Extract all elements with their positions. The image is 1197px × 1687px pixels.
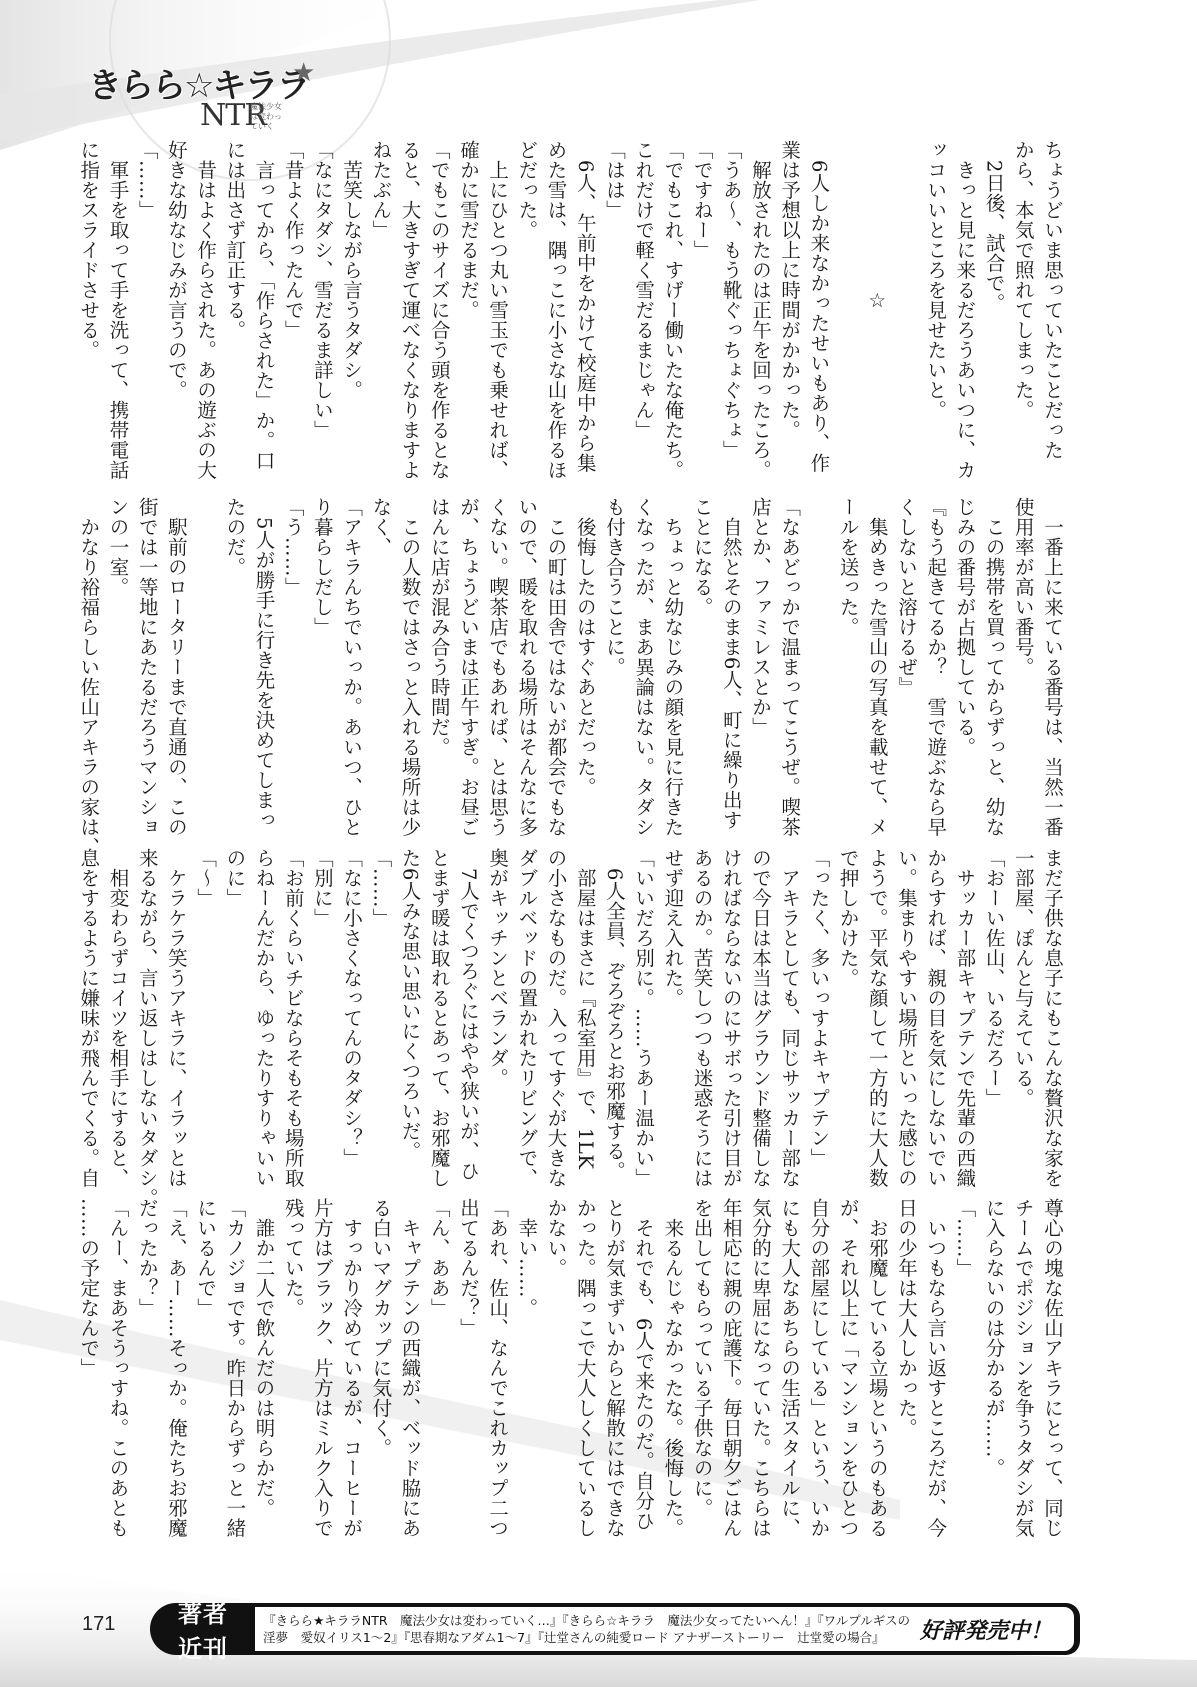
text-column: 好きな幼なじみが言うので。: [162, 140, 191, 462]
text-column: 「んー、まあそうっすね。このあとも: [103, 1198, 132, 1520]
text-column: からすれば、親の目を気にしないでい: [921, 848, 950, 1170]
blank-column: ​: [892, 140, 921, 462]
text-column: 2日後、試合で。: [979, 140, 1008, 462]
text-column: り暮らしだし」: [308, 497, 337, 819]
text-column: 「なあどっかで温まってこうぜ。喫茶: [775, 497, 804, 819]
text-column: いつもなら言い返すところだが、今: [921, 1198, 950, 1520]
text-column: かない。: [541, 1198, 570, 1520]
text-column: 一番上に来ている番号は、当然一番: [1038, 497, 1067, 819]
star-icon: ★: [292, 58, 315, 88]
text-column: 「ですねー」: [687, 140, 716, 462]
text-column: たのだ。: [220, 497, 249, 819]
text-column: くしないと溶けるぜ』: [892, 497, 921, 819]
text-tier-1: ちょうどいま思っていたことだった から、本気で照れてしまった。 2日後、試合で。…: [74, 140, 1067, 462]
text-column: だったか？」: [133, 1198, 162, 1520]
text-column: の小さなものだ。入ってすぐが大きな: [541, 848, 570, 1170]
text-column: 業は予想以上に時間がかかった。: [775, 140, 804, 462]
text-column: とりが気まずいからと解散にはできな: [600, 1198, 629, 1520]
text-column: た6人みな思い思いにくつろいだ。: [395, 848, 424, 1170]
text-column: 「なに小さくなってんのタダシ？」: [337, 848, 366, 1170]
text-column: 上にひとつ丸い雪玉でも乗せれば、: [483, 140, 512, 462]
text-column: アキラとしても、同じサッカー部な: [775, 848, 804, 1170]
text-column: あるのか。苦笑しつつも迷惑そうには: [687, 848, 716, 1170]
text-column: 残っていた。: [279, 1198, 308, 1520]
text-column: 『もう起きてるか？ 雪で遊ぶなら早: [921, 497, 950, 819]
text-column: かった。隅っこで大人しくしているし: [571, 1198, 600, 1520]
text-column: それでも、6人で来たのだ。自分ひ: [629, 1198, 658, 1520]
text-column: 尊心の塊な佐山アキラにとって、同じ: [1038, 1198, 1067, 1520]
author-recent-works-banner: 著者近刊 『きらら★キララNTR 魔法少女は変わっていく…』『きらら☆キララ 魔…: [150, 1603, 1080, 1655]
text-column: 「ん、ああ」: [425, 1198, 454, 1520]
text-column: 街では一等地にあたるだろうマンショ: [133, 497, 162, 819]
text-column: 「あれ、佐山、なんでこれカップ二つ: [483, 1198, 512, 1520]
text-column: じみの番号が占拠している。: [950, 497, 979, 819]
text-column: ので今日は本当はグラウンド整備しな: [746, 848, 775, 1170]
text-column: 「おーい佐山、いるだろー」: [979, 848, 1008, 1170]
promo-line-1: 『きらら★キララNTR 魔法少女は変わっていく…』『きらら☆キララ 魔法少女って…: [263, 1612, 910, 1629]
text-column: 「いいだろ別に。……うあー温かい」: [629, 848, 658, 1170]
text-column: 幸い……。: [512, 1198, 541, 1520]
text-column: ことになる。: [687, 497, 716, 819]
text-column: 「でもこれ、すげー働いたな俺たち。: [658, 140, 687, 462]
text-column: で押しかけた。: [833, 848, 862, 1170]
text-column: ければならないのにサボった引け目が: [717, 848, 746, 1170]
text-column: 年相応に親の庇護下。毎日朝夕ごはん: [717, 1198, 746, 1520]
text-column: 「ったく、多いっすよキャプテン」: [804, 848, 833, 1170]
text-column: 「アキラんちでいっか。あいつ、ひと: [337, 497, 366, 819]
text-column: くなったが、まあ異論はない。タダシ: [629, 497, 658, 819]
text-column: 苦笑しながら言うタダシ。: [337, 140, 366, 462]
text-column: チームでポジションを争うタダシが気: [1009, 1198, 1038, 1520]
text-column: 解放されたのは正午を回ったころ。: [746, 140, 775, 462]
text-column: 「～」: [191, 848, 220, 1170]
text-column: ようで。平気な顔して一方的に大人数: [863, 848, 892, 1170]
text-column: ……の予定なんで」: [74, 1198, 103, 1520]
text-column: 「うあ～、もう靴ぐっちょぐちょ」: [717, 140, 746, 462]
text-column: 集めきった雪山の写真を載せて、メ: [863, 497, 892, 819]
text-column: なく、: [366, 497, 395, 819]
text-column: 相変わらずコイツを相手にすると、: [103, 848, 132, 1170]
text-column: この町は田舎ではないが都会でもな: [541, 497, 570, 819]
text-column: とまず暖は取れるとあって、お邪魔し: [425, 848, 454, 1170]
text-column: 「はは」: [600, 140, 629, 462]
text-column: 7人でくつろぐにはやや狭いが、ひ: [454, 848, 483, 1170]
text-column: お邪魔している立場というのもある: [863, 1198, 892, 1520]
text-column: 6人、午前中をかけて校庭中から集: [571, 140, 600, 462]
text-column: 「う……」: [279, 497, 308, 819]
text-column: 「……」: [366, 848, 395, 1170]
text-column: 自分の部屋にしている」という、いか: [804, 1198, 833, 1520]
text-tier-3: まだ子供な息子にもこんな贅沢な家を 一部屋、ぽんと与えている。 「おーい佐山、い…: [74, 848, 1067, 1170]
text-column: 使用率が高い番号。: [1009, 497, 1038, 819]
text-column: い。集まりやすい場所といった感じの: [892, 848, 921, 1170]
text-column: ッコいいところを見せたいと。: [921, 140, 950, 462]
text-column: も付き合うことに。: [600, 497, 629, 819]
logo-title: きらら☆キララ: [88, 58, 308, 107]
text-column: が、それ以上に「マンションをひとつ: [833, 1198, 862, 1520]
logo-subtitle: 魔法少女は変わっていく: [250, 102, 286, 132]
text-column: 確かに雪だるまだ。: [454, 140, 483, 462]
text-column: かなり裕福らしい佐山アキラの家は、: [74, 497, 103, 819]
text-column: が、ちょうどいまは正午すぎ。お昼ご: [454, 497, 483, 819]
text-column: ねたぶん」: [366, 140, 395, 462]
text-column: くない。喫茶店でもあれば、とは思う: [483, 497, 512, 819]
text-column: 「お前くらいチビならそもそも場所取: [279, 848, 308, 1170]
blank-column: ​: [833, 140, 862, 462]
text-column: のに」: [220, 848, 249, 1170]
text-column: 後悔したのはすぐあとだった。: [571, 497, 600, 819]
text-tier-2: 一番上に来ている番号は、当然一番 使用率が高い番号。 この携帯を買ってからずっと…: [74, 497, 1067, 819]
page-footer: 171 著者近刊 『きらら★キララNTR 魔法少女は変わっていく…』『きらら☆キ…: [0, 1603, 1197, 1663]
text-column: 6人しか来なかったせいもあり、作: [804, 140, 833, 462]
text-column: から、本気で照れてしまった。: [1009, 140, 1038, 462]
text-column: まだ子供な息子にもこんな贅沢な家を: [1038, 848, 1067, 1170]
text-column: この携帯を買ってからずっと、幼な: [979, 497, 1008, 819]
text-column: 息をするように嫌味が飛んでくる。自: [74, 848, 103, 1170]
text-column: 「……」: [133, 140, 162, 462]
text-column: 店とか、ファミレスとか」: [746, 497, 775, 819]
text-tier-4: 尊心の塊な佐山アキラにとって、同じ チームでポジションを争うタダシが気 に入らな…: [74, 1198, 1067, 1520]
text-column: 軍手を取って手を洗って、携帯電話: [103, 140, 132, 462]
text-column: 来るながら、言い返しはしないタダシ。: [133, 848, 162, 1170]
text-column: 片方はブラック、片方はミルク入りで: [308, 1198, 337, 1520]
promo-box: 『きらら★キララNTR 魔法少女は変わっていく…』『きらら☆キララ 魔法少女って…: [253, 1605, 1076, 1653]
text-column: 一部屋、ぽんと与えている。: [1009, 848, 1038, 1170]
text-column: 出てるんだ？」: [454, 1198, 483, 1520]
text-column: 来るんじゃなかったな。後悔した。: [658, 1198, 687, 1520]
blank-column: ​: [804, 497, 833, 819]
blank-column: ​: [191, 497, 220, 819]
text-column: はんに店が混み合う時間だ。: [425, 497, 454, 819]
text-column: 自然とそのまま6人、町に繰り出す: [717, 497, 746, 819]
text-column: めた雪は、隅っこに小さな山を作るほ: [541, 140, 570, 462]
text-column: 「でもこのサイズに合う頭を作るとな: [425, 140, 454, 462]
text-column: らねーんだから、ゆったりすりゃいい: [249, 848, 278, 1170]
text-column: どだった。: [512, 140, 541, 462]
text-column: ると、大きすぎて運べなくなりますよ: [395, 140, 424, 462]
text-column: に入らないのは分かるが……。: [979, 1198, 1008, 1520]
text-column: を出してもらっている子供なのに。: [687, 1198, 716, 1520]
text-column: ちょっと幼なじみの顔を見に行きた: [658, 497, 687, 819]
text-column: これだけで軽く雪だるまじゃん」: [629, 140, 658, 462]
promo-titles: 『きらら★キララNTR 魔法少女は変わっていく…』『きらら☆キララ 魔法少女って…: [263, 1612, 910, 1646]
text-column: キャプテンの西織が、ベッド脇にあ: [395, 1198, 424, 1520]
series-logo: きらら☆キララ ★ NTR 魔法少女は変わっていく: [80, 40, 310, 135]
text-column: サッカー部キャプテンで先輩の西織: [950, 848, 979, 1170]
text-column: 「別に」: [308, 848, 337, 1170]
text-column: にも大人なあちらの生活スタイルに、: [775, 1198, 804, 1520]
text-column: 日の少年は大人しかった。: [892, 1198, 921, 1520]
text-column: 「カノジョです。昨日からずっと一緒: [220, 1198, 249, 1520]
text-column: ケラケラ笑うアキラに、イラッとは: [162, 848, 191, 1170]
text-column: 「え、あー……そっか。俺たちお邪魔: [162, 1198, 191, 1520]
promo-line-2: 淫夢 愛奴イリス1～2』『思春期なアダム1～7』『辻堂さんの純愛ロード アナザー…: [263, 1629, 910, 1646]
text-column: 「なにタダシ、雪だるま詳しい」: [308, 140, 337, 462]
text-column: いので、暖を取れる場所はそんなに多: [512, 497, 541, 819]
text-column: 言ってから、「作らされた」か。口: [249, 140, 278, 462]
text-column: にいるんで」: [191, 1198, 220, 1520]
text-column: 「昔よく作ったんで」: [279, 140, 308, 462]
text-column: 5人が勝手に行き先を決めてしまっ: [249, 497, 278, 819]
text-column: 「……」: [950, 1198, 979, 1520]
text-column: 誰か二人で飲んだのは明らかだ。: [249, 1198, 278, 1520]
text-column: には出さず訂正する。: [220, 140, 249, 462]
promo-label: 著者近刊: [150, 1594, 253, 1664]
text-column: せず迎え入れた。: [658, 848, 687, 1170]
text-column: 部屋はまさに『私室用』で、1LK: [571, 848, 600, 1170]
text-column: 駅前のロータリーまで直通の、この: [162, 497, 191, 819]
text-column: ンの一室。: [103, 497, 132, 819]
text-column: ダブルベッドの置かれたリビングで、: [512, 848, 541, 1170]
section-break-star-icon: ☆: [863, 140, 892, 462]
text-column: すっかり冷めているが、コーヒーが: [337, 1198, 366, 1520]
text-column: 6人全員、ぞろぞろとお邪魔する。: [600, 848, 629, 1170]
text-column: る白いマグカップに気付く。: [366, 1198, 395, 1520]
text-column: 奥がキッチンとベランダ。: [483, 848, 512, 1170]
on-sale-now-label: 好評発売中！: [910, 1614, 1066, 1645]
text-column: ールを送った。: [833, 497, 862, 819]
text-column: ちょうどいま思っていたことだった: [1038, 140, 1067, 462]
page-number: 171: [82, 1613, 115, 1636]
text-column: に指をスライドさせる。: [74, 140, 103, 462]
text-column: この人数ではさっと入れる場所は少: [395, 497, 424, 819]
text-column: 気分的に卑屈になっていた。こちらは: [746, 1198, 775, 1520]
text-column: 昔はよく作らされた。あの遊ぶの大: [191, 140, 220, 462]
text-column: きっと見に来るだろうあいつに、カ: [950, 140, 979, 462]
